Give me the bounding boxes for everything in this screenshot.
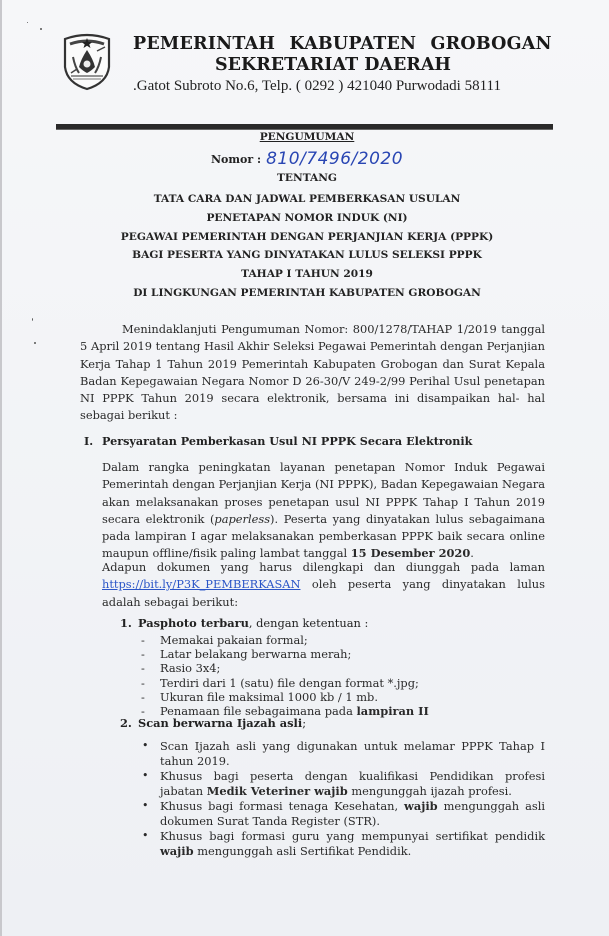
- list-item-bold: wajib: [160, 844, 194, 858]
- item-suffix: , dengan ketentuan :: [249, 616, 368, 630]
- item-number: 1.: [120, 616, 138, 630]
- list-item: Khusus bagi formasi guru yang mempunyai …: [141, 829, 545, 858]
- photo-requirements-list: Memakai pakaian formal; Latar belakang b…: [141, 633, 541, 718]
- subject-line: BAGI PESERTA YANG DINYATAKAN LULUS SELEK…: [82, 249, 532, 261]
- number-label: Nomor :: [211, 153, 261, 166]
- item-number: 2.: [120, 716, 138, 730]
- section-title: Persyaratan Pemberkasan Usul NI PPPK Sec…: [102, 434, 472, 448]
- requirement-item-heading: 2.Scan berwarna Ijazah asli;: [120, 716, 306, 730]
- organization-name: PEMERINTAH KABUPATEN GROBOGAN: [133, 34, 533, 54]
- list-item-bold: wajib: [404, 799, 438, 813]
- item-suffix: ;: [302, 716, 306, 730]
- announcement-number: Nomor : 810/7496/2020: [82, 148, 532, 169]
- scan-speck: [27, 22, 28, 23]
- list-item: Memakai pakaian formal;: [141, 633, 541, 647]
- list-item-text: Khusus bagi formasi guru yang mempunyai …: [160, 829, 545, 843]
- subject-line: TAHAP I TAHUN 2019: [82, 268, 532, 280]
- list-item-text: mengunggah ijazah profesi.: [348, 784, 512, 798]
- list-item: Latar belakang berwarna merah;: [141, 647, 541, 661]
- diploma-requirements-list: Scan Ijazah asli yang digunakan untuk me…: [141, 739, 545, 859]
- section-paragraph: Adapun dokumen yang harus dilengkapi dan…: [102, 559, 545, 611]
- list-item: Ukuran file maksimal 1000 kb / 1 mb.: [141, 690, 541, 704]
- list-item-text: Khusus bagi formasi tenaga Kesehatan,: [160, 799, 404, 813]
- scan-speck: [40, 28, 42, 30]
- list-item: Khusus bagi peserta dengan kualifikasi P…: [141, 769, 545, 798]
- document-page: PEMERINTAH KABUPATEN GROBOGAN SEKRETARIA…: [0, 0, 609, 936]
- scan-speck: [32, 318, 33, 321]
- grobogan-emblem-icon: [61, 33, 113, 91]
- subject-line: PEGAWAI PEMERINTAH DENGAN PERJANJIAN KER…: [82, 231, 532, 243]
- subject-line: TATA CARA DAN JADWAL PEMBERKASAN USULAN: [82, 193, 532, 205]
- number-value-handwritten: 810/7496/2020: [266, 149, 403, 169]
- list-item-text: mengunggah asli Sertifikat Pendidik.: [194, 844, 412, 858]
- requirement-item-heading: 1.Pasphoto terbaru, dengan ketentuan :: [120, 616, 368, 630]
- list-item: Terdiri dari 1 (satu) file dengan format…: [141, 676, 541, 690]
- subject-line: DI LINGKUNGAN PEMERINTAH KABUPATEN GROBO…: [82, 287, 532, 299]
- paragraph-italic: paperless: [214, 512, 270, 526]
- list-item: Khusus bagi formasi tenaga Kesehatan, wa…: [141, 799, 545, 828]
- announcement-title: PENGUMUMAN: [82, 131, 532, 143]
- intro-paragraph: Menindaklanjuti Pengumuman Nomor: 800/12…: [80, 321, 545, 425]
- organization-unit: SEKRETARIAT DAERAH: [133, 55, 533, 75]
- subject-line: PENETAPAN NOMOR INDUK (NI): [82, 212, 532, 224]
- list-item-bold: lampiran II: [356, 704, 428, 718]
- scan-speck: [34, 342, 36, 344]
- section-paragraph: Dalam rangka peningkatan layanan penetap…: [102, 459, 545, 563]
- upload-link[interactable]: https://bit.ly/P3K_PEMBERKASAN: [102, 577, 300, 591]
- section-number: I.: [84, 434, 102, 448]
- list-item: Scan Ijazah asli yang digunakan untuk me…: [141, 739, 545, 768]
- list-item-text: Scan Ijazah asli yang digunakan untuk me…: [160, 739, 545, 768]
- item-title: Scan berwarna Ijazah asli: [138, 716, 302, 730]
- letterhead-divider: [56, 124, 553, 130]
- section-heading: I.Persyaratan Pemberkasan Usul NI PPPK S…: [84, 434, 544, 448]
- about-label: TENTANG: [82, 172, 532, 184]
- list-item: Rasio 3x4;: [141, 661, 541, 675]
- list-item-bold: Medik Veteriner wajib: [207, 784, 348, 798]
- item-title: Pasphoto terbaru: [138, 616, 249, 630]
- paragraph-text: Adapun dokumen yang harus dilengkapi dan…: [102, 560, 545, 574]
- organization-address: .Gatot Subroto No.6, Telp. ( 0292 ) 4210…: [133, 78, 533, 95]
